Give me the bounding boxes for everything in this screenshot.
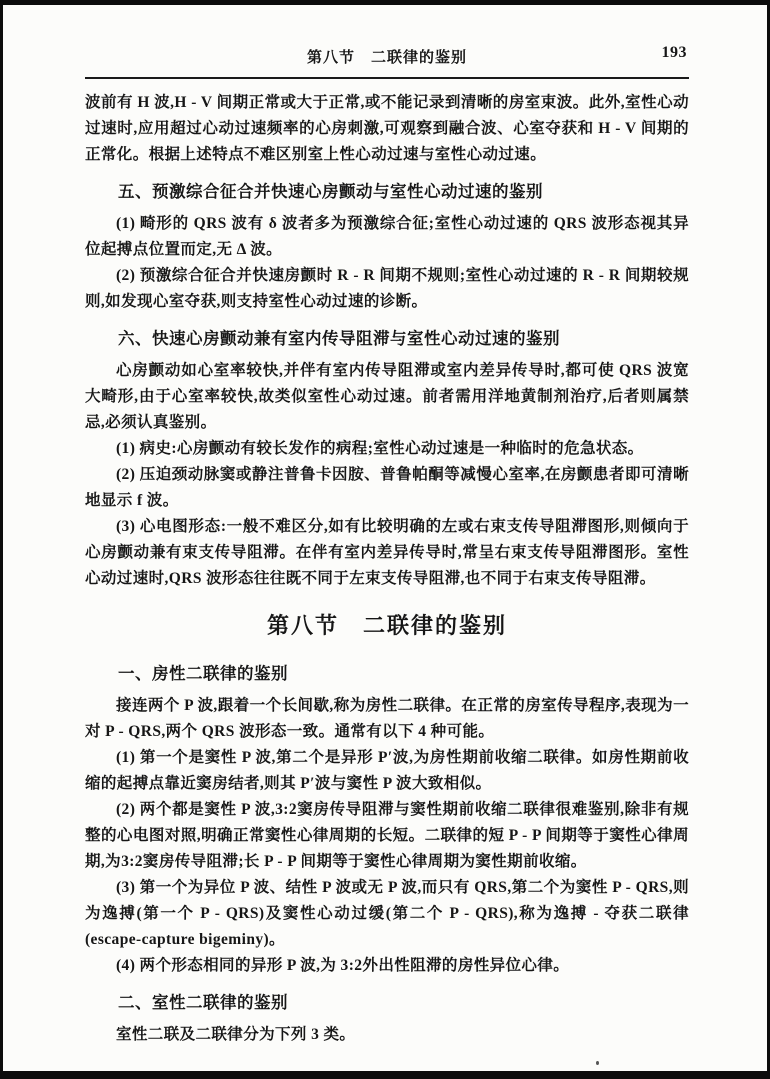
paragraph: (1) 第一个是窦性 P 波,第二个是异形 P′波,为房性期前收缩二联律。如房性…: [85, 745, 689, 797]
paragraph: (1) 畸形的 QRS 波有 δ 波者多为预激综合征;室性心动过速的 QRS 波…: [85, 211, 689, 263]
scan-speck: [596, 1061, 599, 1065]
paragraph: (2) 压迫颈动脉窦或静注普鲁卡因胺、普鲁帕酮等减慢心室率,在房颤患者即可清晰地…: [85, 462, 689, 514]
paragraph: (3) 心电图形态:一般不难区分,如有比较明确的左或右束支传导阻滞图形,则倾向于…: [85, 514, 689, 592]
section-heading-1: 一、房性二联律的鉴别: [85, 662, 689, 686]
header-rule: [85, 77, 689, 79]
paragraph: (2) 预激综合征合并快速房颤时 R - R 间期不规则;室性心动过速的 R -…: [85, 263, 689, 315]
page-number: 193: [662, 44, 688, 62]
paragraph: 室性二联及二联律分为下列 3 类。: [85, 1022, 689, 1048]
section-heading-2: 二、室性二联律的鉴别: [85, 991, 689, 1015]
section-heading-6: 六、快速心房颤动兼有室内传导阻滞与室性心动过速的鉴别: [85, 327, 689, 351]
section-heading-5: 五、预激综合征合并快速心房颤动与室性心动过速的鉴别: [85, 180, 689, 204]
paragraph: (4) 两个形态相同的异形 P 波,为 3:2外出性阻滞的房性异位心律。: [85, 953, 689, 979]
paragraph: 接连两个 P 波,跟着一个长间歇,称为房性二联律。在正常的房室传导程序,表现为一…: [85, 693, 689, 745]
paragraph-continuation: 波前有 H 波,H - V 间期正常或大于正常,或不能记录到清晰的房室束波。此外…: [85, 90, 689, 168]
scanned-page: 第八节 二联律的鉴别 193 波前有 H 波,H - V 间期正常或大于正常,或…: [0, 0, 770, 1079]
paragraph: (2) 两个都是窦性 P 波,3:2窦房传导阻滞与窦性期前收缩二联律很难鉴别,除…: [85, 797, 689, 875]
running-header: 第八节 二联律的鉴别 193: [85, 46, 689, 68]
book-page: 第八节 二联律的鉴别 193 波前有 H 波,H - V 间期正常或大于正常,或…: [3, 5, 767, 1071]
paragraph: (3) 第一个为异位 P 波、结性 P 波或无 P 波,而只有 QRS,第二个为…: [85, 875, 689, 953]
chapter-title: 第八节 二联律的鉴别: [85, 610, 689, 642]
paragraph: (1) 病史:心房颤动有较长发作的病程;室性心动过速是一种临时的危急状态。: [85, 436, 689, 462]
paragraph: 心房颤动如心室率较快,并伴有室内传导阻滞或室内差异传导时,都可使 QRS 波宽大…: [85, 358, 689, 436]
page-content: 第八节 二联律的鉴别 193 波前有 H 波,H - V 间期正常或大于正常,或…: [3, 46, 767, 1048]
body-text: 波前有 H 波,H - V 间期正常或大于正常,或不能记录到清晰的房室束波。此外…: [85, 90, 689, 1048]
running-header-title: 第八节 二联律的鉴别: [307, 50, 467, 66]
